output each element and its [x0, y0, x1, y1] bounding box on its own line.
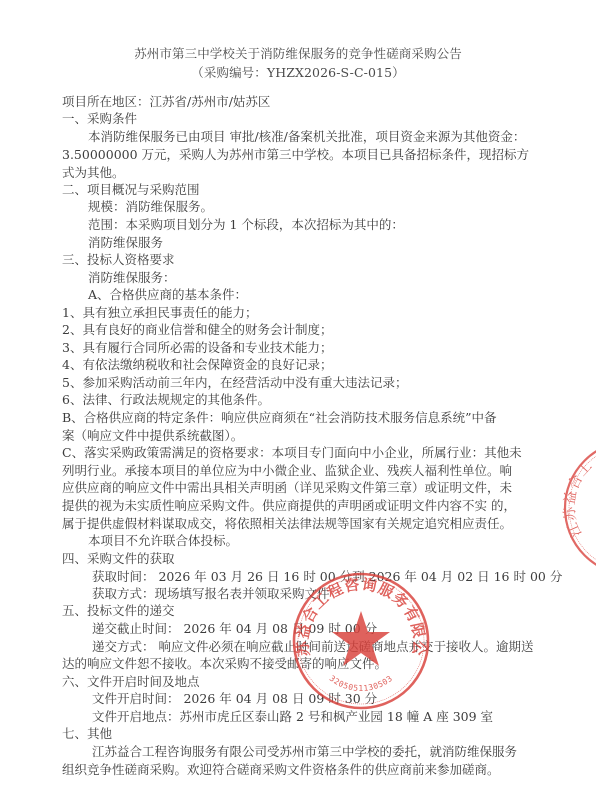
section-3-heading: 三、投标人资格要求 — [62, 252, 175, 268]
basic-condition-item: 5、参加采购活动前三年内，在经营活动中没有重大违法记录； — [62, 375, 407, 391]
section-1-paragraph-line: 3.50000000 万元，采购人为苏州市第三中学校。本项目已具备招标条件，现招… — [62, 147, 529, 163]
submission-method-line: 递交方式： 响应文件必须在响应截止时间前送达磋商地点并交于接收人。逾期送 — [92, 639, 533, 655]
section-1-paragraph-line: 本消防维保服务已由项目 审批/核准/备案机关批准，项目资金来源为其他资金： — [88, 129, 525, 145]
consortium-note: 本项目不允许联合体投标。 — [88, 533, 238, 549]
procurement-number: （采购编号：YHZX2026-S-C-015） — [0, 63, 596, 81]
policy-requirement-line: 列明行业。承接本项目的单位应为中小微企业、监狱企业、残疾人福利性单位。响 — [62, 463, 512, 479]
edge-seal-org-text: 江苏益合工 — [562, 458, 596, 539]
basic-conditions-heading: A、合格供应商的基本条件： — [88, 287, 247, 303]
section-5-heading: 五、投标文件的递交 — [62, 603, 175, 619]
project-scope: 范围：本采购项目划分为 1 个标段，本次招标为其中的： — [88, 217, 404, 233]
section-1-paragraph-line: 式为其他。 — [62, 165, 125, 181]
other-info-line: 组织竞争性磋商采购。欢迎符合磋商采购文件资格条件的供应商前来参加磋商。 — [62, 762, 500, 778]
policy-requirement-line: 提供的视为未实质性响应采购文件。供应商提供的声明函或证明文件内容不实 的， — [62, 498, 516, 514]
basic-condition-item: 4、有依法缴纳税收和社会保障资金的良好记录； — [62, 357, 332, 373]
project-region: 项目所在地区：江苏省/苏州市/姑苏区 — [62, 94, 270, 110]
policy-requirement-line: 应供应商的响应文件中需出具相关声明函（详见采购文件第三章）或证明文件，未 — [62, 480, 512, 496]
section-4-heading: 四、采购文件的获取 — [62, 551, 175, 567]
section-2-heading: 二、项目概况与采购范围 — [62, 182, 200, 198]
basic-condition-item: 2、具有良好的商业信誉和健全的财务会计制度； — [62, 322, 332, 338]
policy-requirement-line: 属于提供虚假材料谋取成交，将依照相关法律法规等国家有关规定追究相应责任。 — [62, 516, 512, 532]
submission-method-line: 达的响应文件恕不接收。本次采购不接受邮寄的响应文件。 — [62, 656, 387, 672]
project-lot: 消防维保服务 — [88, 235, 163, 251]
document-acquisition-time: 获取时间： 2026 年 03 月 26 日 16 时 00 分到 2026 年… — [92, 569, 562, 585]
opening-place: 文件开启地点：苏州市虎丘区泰山路 2 号和枫产业园 18 幢 A 座 309 室 — [92, 709, 493, 725]
project-scale: 规模：消防维保服务。 — [88, 199, 213, 215]
svg-text:江苏益合工: 江苏益合工 — [562, 458, 596, 539]
basic-condition-item: 1、具有独立承担民事责任的能力； — [62, 305, 257, 321]
submission-deadline: 递交截止时间： 2026 年 04 月 08 日 09 时 00 分 — [92, 621, 377, 637]
qualification-lot: 消防维保服务： — [88, 270, 176, 286]
basic-condition-item: 3、具有履行合同所必需的设备和专业技术能力； — [62, 340, 332, 356]
edge-seal-stamp: 江苏益合工 — [562, 438, 596, 578]
basic-condition-item: 6、法律、行政法规规定的其他条件。 — [62, 392, 270, 408]
specific-condition-line: 案（响应文件中提供系统截图）。 — [62, 428, 243, 444]
other-info-line: 江苏益合工程咨询服务有限公司受苏州市第三中学校的委托，就消防维保服务 — [92, 744, 517, 760]
section-1-heading: 一、采购条件 — [62, 111, 137, 127]
policy-requirement-line: C、落实采购政策需满足的资格要求：本项目专门面向中小企业，所属行业：其他未 — [62, 445, 522, 461]
section-7-heading: 七、其他 — [62, 726, 112, 742]
document-acquisition-method: 获取方式：现场填写报名表并领取采购文件 — [92, 586, 330, 602]
opening-time: 文件开启时间： 2026 年 04 月 08 日 09 时 30 分 — [92, 691, 377, 707]
document-title: 苏州市第三中学校关于消防维保服务的竞争性磋商采购公告 — [0, 44, 596, 62]
specific-condition-line: B、合格供应商的特定条件：响应供应商须在“社会消防技术服务信息系统”中备 — [62, 410, 496, 426]
section-6-heading: 六、文件开启时间及地点 — [62, 674, 200, 690]
